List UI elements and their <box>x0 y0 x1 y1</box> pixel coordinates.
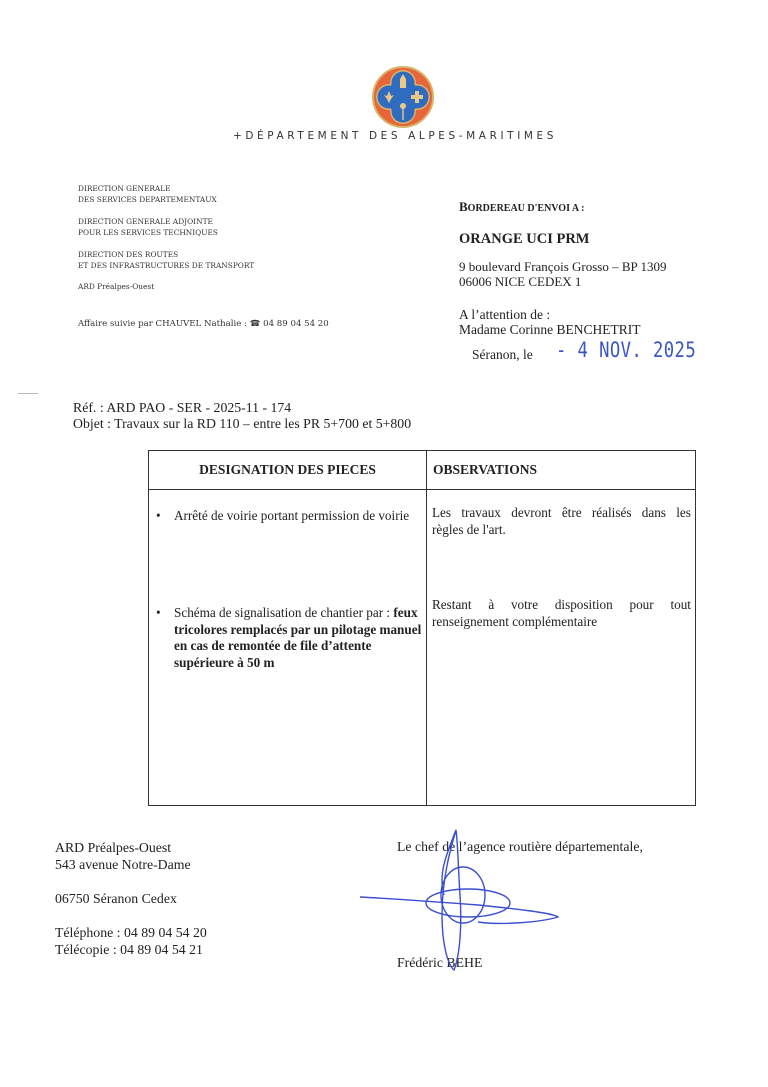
reference-block: Réf. : ARD PAO - SER - 2025-11 - 174 Obj… <box>73 400 411 432</box>
observation-text: Les travaux devront être réalisés dans l… <box>432 505 691 538</box>
header-designation: DESIGNATION DES PIECES <box>149 451 427 490</box>
piece-item: • Arrêté de voirie portant permission de… <box>149 508 422 525</box>
direction-generale-adjointe: DIRECTION GENERALE ADJOINTE POUR LES SER… <box>78 217 218 238</box>
recipient-name: ORANGE UCI PRM <box>459 231 590 248</box>
bullet-icon: • <box>156 605 161 622</box>
direction-generale: DIRECTION GENERALE DES SERVICES DEPARTEM… <box>78 184 217 205</box>
objet: Objet : Travaux sur la RD 110 – entre le… <box>73 416 411 432</box>
affaire-suivie: Affaire suivie par CHAUVEL Nathalie : ☎ … <box>78 319 329 329</box>
header-observations: OBSERVATIONS <box>427 451 696 490</box>
place-date-label: Séranon, le <box>472 347 533 363</box>
recipient-address: 9 boulevard François Grosso – BP 1309 06… <box>459 259 667 289</box>
direction-des-routes: DIRECTION DES ROUTES ET DES INFRASTRUCTU… <box>78 250 254 271</box>
department-title: +DÉPARTEMENT DES ALPES-MARITIMES <box>0 130 768 142</box>
department-logo-icon <box>372 66 434 128</box>
date-stamp: - 4 NOV. 2025 <box>556 338 696 362</box>
observations-cell: Les travaux devront être réalisés dans l… <box>427 490 696 806</box>
fold-mark <box>18 393 38 394</box>
pieces-table: DESIGNATION DES PIECES OBSERVATIONS • Ar… <box>148 450 696 806</box>
office-address: ARD Préalpes-Ouest 543 avenue Notre-Dame… <box>55 839 207 958</box>
reference-number: Réf. : ARD PAO - SER - 2025-11 - 174 <box>73 400 411 416</box>
bordereau-label: BORDEREAU D'ENVOI A : <box>459 199 584 215</box>
piece-item: • Schéma de signalisation de chantier pa… <box>149 605 422 671</box>
bullet-icon: • <box>156 508 161 525</box>
handwritten-signature-icon <box>358 825 588 975</box>
telephone-icon: ☎ <box>250 319 261 329</box>
attention-block: A l’attention de : Madame Corinne BENCHE… <box>459 307 640 337</box>
observation-text: Restant à votre disposition pour tout re… <box>432 597 691 630</box>
designation-cell: • Arrêté de voirie portant permission de… <box>149 490 427 806</box>
ard-name: ARD Préalpes-Ouest <box>78 282 154 293</box>
